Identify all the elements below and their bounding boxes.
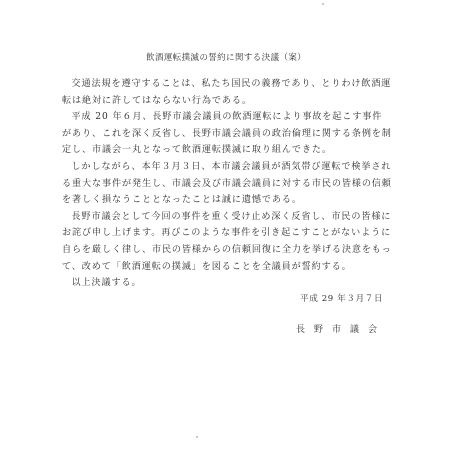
document-page: 飲酒運転撲滅の誓約に関する決議（案） 交通法規を遵守することは、私たち国民の義務… (0, 0, 452, 452)
paragraph-2: 平成 20 年６月、長野市議会議員の飲酒運転により事故を起こす事件があり、これを… (62, 109, 392, 159)
document-body: 交通法規を遵守することは、私たち国民の義務であり、とりわけ飲酒運転は絶対に許して… (62, 76, 392, 292)
paragraph-closing: 以上決議する。 (62, 275, 392, 292)
resolution-date: 平成 29 年３月７日 (300, 292, 383, 304)
document-title: 飲酒運転撲滅の誓約に関する決議（案） (0, 51, 452, 63)
scan-speck (196, 436, 198, 438)
paragraph-4: 長野市議会として今回の事件を重く受け止め深く反省し、市民の皆様にお詫び申し上げま… (62, 209, 392, 275)
paragraph-1: 交通法規を遵守することは、私たち国民の義務であり、とりわけ飲酒運転は絶対に許して… (62, 76, 392, 109)
paragraph-3: しかしながら、本年３月３日、本市議会議員が酒気帯び運転で検挙される重大な事件が発… (62, 159, 392, 209)
scan-speck (322, 3, 324, 5)
signer-name: 長野市議会 (296, 322, 386, 335)
